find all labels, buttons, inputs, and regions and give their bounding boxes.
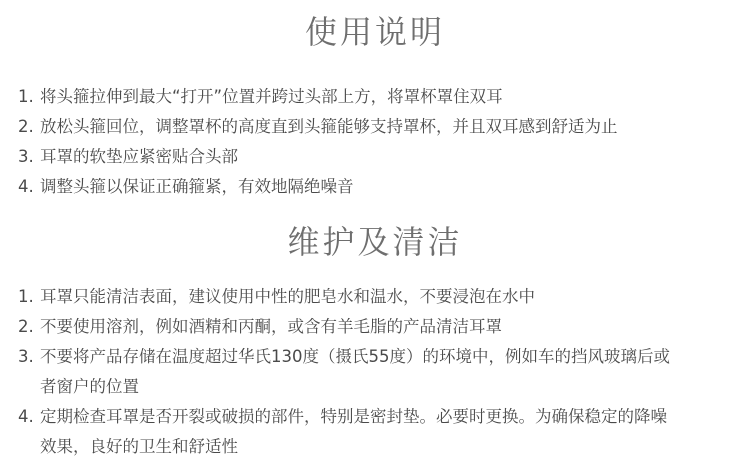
item-number: 1. (18, 282, 34, 312)
item-text: 调整头箍以保证正确箍紧，有效地隔绝噪音 (40, 177, 354, 196)
maintenance-list: 1.耳罩只能清洁表面，建议使用中性的肥皂水和温水，不要浸泡在水中 2.不要使用溶… (18, 282, 678, 462)
list-item: 4.调整头箍以保证正确箍紧，有效地隔绝噪音 (18, 172, 738, 202)
usage-list: 1.将头箍拉伸到最大“打开”位置并跨过头部上方，将罩杯罩住双耳 2.放松头箍回位… (18, 82, 738, 202)
item-text: 耳罩的软垫应紧密贴合头部 (40, 147, 238, 166)
item-text: 不要使用溶剂，例如酒精和丙酮，或含有羊毛脂的产品清洁耳罩 (40, 317, 502, 336)
item-number: 3. (18, 342, 34, 372)
item-number: 1. (18, 82, 34, 112)
item-number: 2. (18, 112, 34, 142)
list-item: 1.耳罩只能清洁表面，建议使用中性的肥皂水和温水，不要浸泡在水中 (18, 282, 678, 312)
list-item: 4.定期检查耳罩是否开裂或破损的部件，特别是密封垫。必要时更换。为确保稳定的降噪… (18, 402, 678, 462)
list-item: 2.不要使用溶剂，例如酒精和丙酮，或含有羊毛脂的产品清洁耳罩 (18, 312, 678, 342)
maintenance-title: 维护及清洁 (0, 222, 750, 262)
list-item: 1.将头箍拉伸到最大“打开”位置并跨过头部上方，将罩杯罩住双耳 (18, 82, 738, 112)
item-number: 2. (18, 312, 34, 342)
item-text: 不要将产品存储在温度超过华氏130度（摄氏55度）的环境中，例如车的挡风玻璃后或… (40, 347, 670, 396)
item-text: 耳罩只能清洁表面，建议使用中性的肥皂水和温水，不要浸泡在水中 (40, 287, 535, 306)
item-text: 定期检查耳罩是否开裂或破损的部件，特别是密封垫。必要时更换。为确保稳定的降噪效果… (40, 407, 667, 456)
item-number: 4. (18, 402, 34, 432)
item-text: 将头箍拉伸到最大“打开”位置并跨过头部上方，将罩杯罩住双耳 (40, 87, 503, 106)
item-text: 放松头箍回位，调整罩杯的高度直到头箍能够支持罩杯，并且双耳感到舒适为止 (40, 117, 618, 136)
list-item: 3.不要将产品存储在温度超过华氏130度（摄氏55度）的环境中，例如车的挡风玻璃… (18, 342, 678, 402)
item-number: 3. (18, 142, 34, 172)
list-item: 3.耳罩的软垫应紧密贴合头部 (18, 142, 738, 172)
list-item: 2.放松头箍回位，调整罩杯的高度直到头箍能够支持罩杯，并且双耳感到舒适为止 (18, 112, 738, 142)
usage-title: 使用说明 (0, 12, 750, 52)
item-number: 4. (18, 172, 34, 202)
